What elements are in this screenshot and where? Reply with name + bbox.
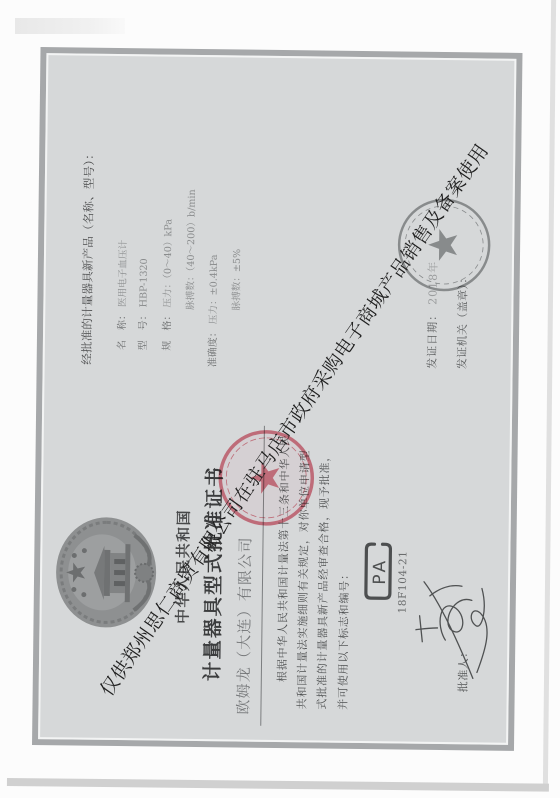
field-model: 型 号：HBP-1320: [139, 258, 150, 350]
field-spec-pressure: 规 格：压力：（0～40）kPa: [163, 219, 175, 351]
certificate: 中华人民共和国 计量器具型式批准证书 欧姆龙（大连）有限公司 根据中华人民共和国…: [32, 47, 522, 751]
field-value: 压力：（0～40）kPa: [162, 219, 174, 308]
field-value: HBP-1320: [138, 258, 150, 307]
body-line: 式批准的计量器具新产品经审查合格，现予批准，: [316, 450, 330, 710]
pa-mark-label: PA: [370, 558, 390, 585]
field-value: 脉搏数：±5%: [231, 249, 243, 311]
field-name: 名 称：医用电子血压计: [118, 240, 129, 350]
company-name: 欧姆龙（大连）有限公司: [236, 536, 253, 714]
field-value: 脉搏数：（40～200）b/min: [185, 189, 197, 310]
product-heading: 经批准的计量器具新产品（名称、型号）：: [82, 148, 96, 365]
field-accuracy-pressure: 准确度：压力：±0.4kPa: [209, 254, 220, 367]
national-emblem-icon: [53, 514, 159, 630]
field-label: 型 号：: [138, 310, 149, 350]
page-edge-right: [543, 0, 556, 788]
field-label: 准确度：: [208, 327, 219, 367]
approval-number: 18F104-21: [398, 550, 409, 613]
field-accuracy-pulse: 脉搏数：±5%: [232, 249, 243, 314]
body-line: 并可使用以下标志和编号：: [337, 568, 350, 710]
pattern-approval-mark-icon: PA: [364, 541, 393, 601]
issue-date-label: 发证日期：: [426, 309, 440, 369]
field-spec-pulse: 脉搏数：（40～200）b/min: [186, 189, 198, 313]
field-value: 医用电子血压计: [117, 240, 129, 307]
field-value: 压力：±0.4kPa: [208, 254, 220, 324]
field-label: 名 称：: [117, 310, 128, 350]
page-edge-bottom: [7, 778, 549, 792]
approver-label: 批准人：: [458, 646, 470, 692]
field-label: 规 格：: [162, 311, 173, 351]
scan-smudge: [15, 18, 125, 34]
signature-icon: [415, 550, 497, 681]
